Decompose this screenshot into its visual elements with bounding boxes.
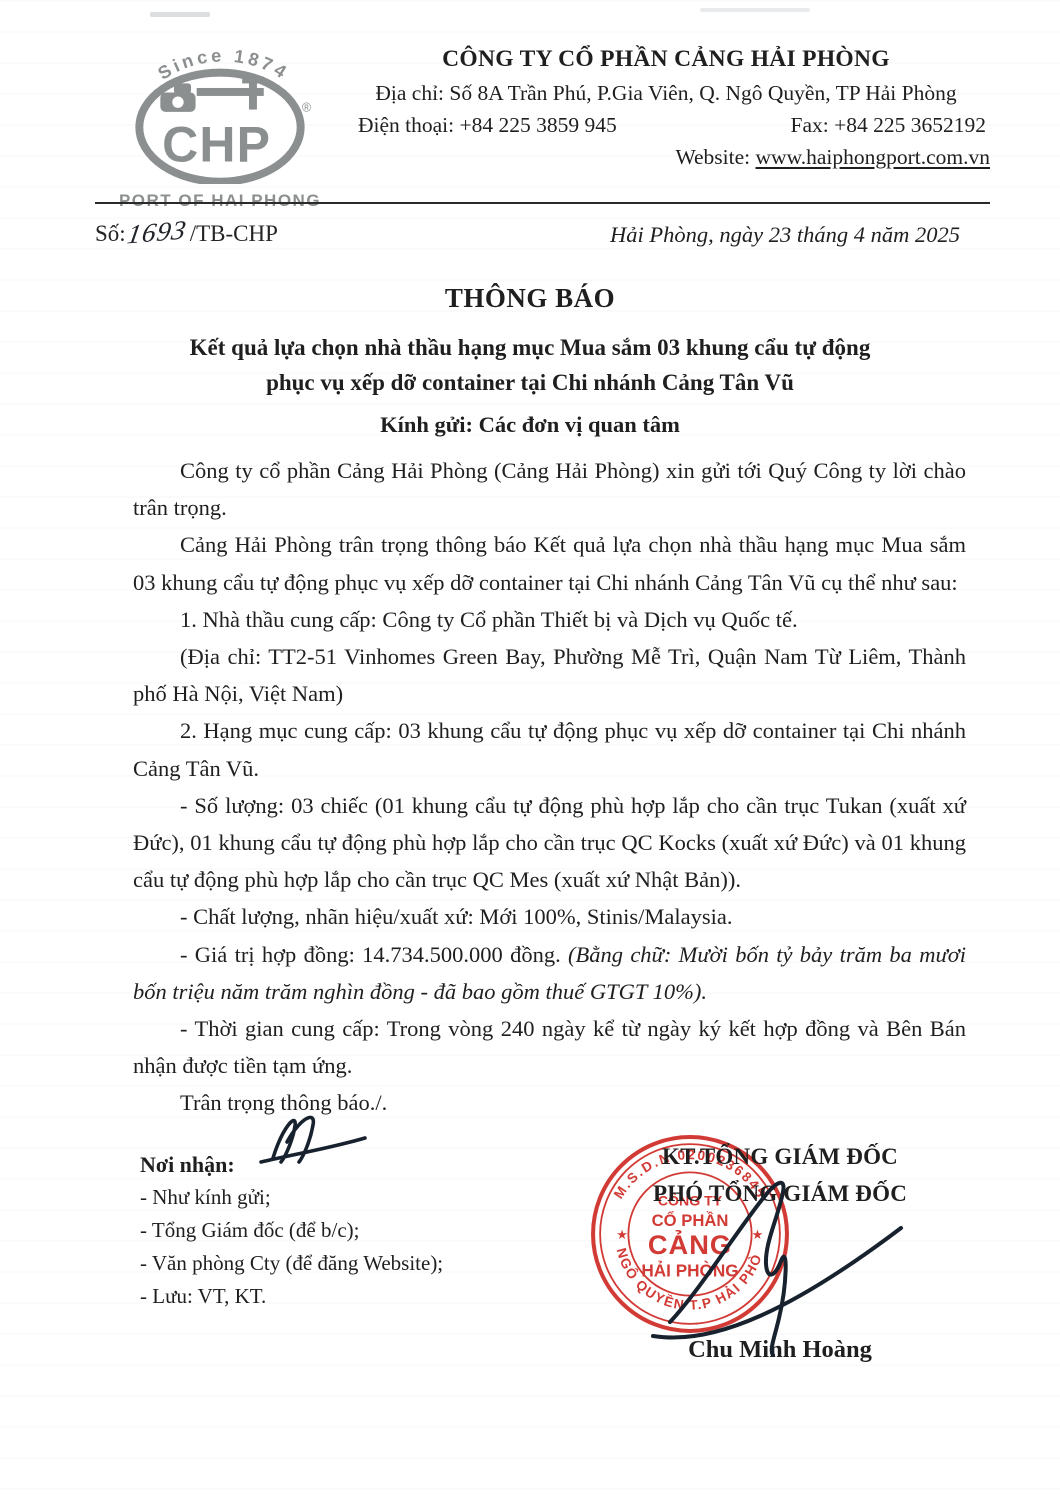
scan-artifact bbox=[700, 8, 810, 12]
website-line: Website: www.haiphongport.com.vn bbox=[340, 145, 992, 170]
doc-subtitle: Kết quả lựa chọn nhà thầu hạng mục Mua s… bbox=[0, 330, 1060, 400]
signature-scribble bbox=[615, 1150, 915, 1370]
letterhead-company-block: CÔNG TY CỔ PHẦN CẢNG HẢI PHÒNG Địa chỉ: … bbox=[340, 46, 992, 170]
website-link[interactable]: www.haiphongport.com.vn bbox=[756, 145, 990, 169]
body-paragraph: 1. Nhà thầu cung cấp: Công ty Cổ phần Th… bbox=[133, 601, 966, 638]
contract-value-normal: - Giá trị hợp đồng: 14.734.500.000 đồng. bbox=[180, 942, 568, 967]
recipient-item: - Văn phòng Cty (để đăng Website); bbox=[140, 1247, 443, 1280]
doc-subtitle-line2: phục vụ xếp dỡ container tại Chi nhánh C… bbox=[0, 365, 1060, 400]
contract-value-paragraph: - Giá trị hợp đồng: 14.734.500.000 đồng.… bbox=[133, 936, 966, 1010]
signature-initials bbox=[253, 1108, 373, 1170]
letterhead-logo-block: Since 1874 CHP ® PORT OF HAI PHONG Số:16… bbox=[95, 34, 345, 248]
recipients-block: Nơi nhận: - Như kính gửi; - Tổng Giám đố… bbox=[140, 1148, 443, 1313]
body-paragraph: - Thời gian cung cấp: Trong vòng 240 ngà… bbox=[133, 1010, 966, 1084]
company-fax: Fax: +84 225 3652192 bbox=[791, 113, 986, 138]
recipient-item: - Như kính gửi; bbox=[140, 1181, 443, 1214]
doc-subtitle-line1: Kết quả lựa chọn nhà thầu hạng mục Mua s… bbox=[0, 330, 1060, 365]
company-address: Địa chỉ: Số 8A Trần Phú, P.Gia Viên, Q. … bbox=[340, 81, 992, 106]
recipient-item: - Tổng Giám đốc (để b/c); bbox=[140, 1214, 443, 1247]
dateline: Hải Phòng, ngày 23 tháng 4 năm 2025 bbox=[0, 222, 960, 248]
body-paragraph: 2. Hạng mục cung cấp: 03 khung cẩu tự độ… bbox=[133, 712, 966, 786]
body-paragraph: - Số lượng: 03 chiếc (01 khung cẩu tự độ… bbox=[133, 787, 966, 899]
body-text: Công ty cổ phần Cảng Hải Phòng (Cảng Hải… bbox=[133, 452, 966, 1122]
body-paragraph: Cảng Hải Phòng trân trọng thông báo Kết … bbox=[133, 526, 966, 600]
logo-caption: PORT OF HAI PHONG bbox=[95, 191, 345, 211]
letterhead-divider bbox=[95, 202, 990, 204]
body-paragraph: - Chất lượng, nhãn hiệu/xuất xứ: Mới 100… bbox=[133, 898, 966, 935]
phone-fax-line: Điện thoại: +84 225 3859 945 Fax: +84 22… bbox=[340, 113, 992, 138]
logo-monogram: CHP bbox=[162, 116, 271, 172]
body-paragraph: Công ty cổ phần Cảng Hải Phòng (Cảng Hải… bbox=[133, 452, 966, 526]
body-paragraph: (Địa chỉ: TT2-51 Vinhomes Green Bay, Phư… bbox=[133, 638, 966, 712]
chp-logo-icon: Since 1874 CHP ® bbox=[105, 34, 335, 184]
page-title: THÔNG BÁO bbox=[0, 283, 1060, 314]
salutation: Kính gửi: Các đơn vị quan tâm bbox=[0, 412, 1060, 438]
registered-mark-icon: ® bbox=[302, 100, 312, 114]
website-label: Website: bbox=[675, 145, 750, 169]
document-page: Since 1874 CHP ® PORT OF HAI PHONG Số:16… bbox=[0, 0, 1060, 1500]
company-name: CÔNG TY CỔ PHẦN CẢNG HẢI PHÒNG bbox=[340, 46, 992, 73]
company-phone: Điện thoại: +84 225 3859 945 bbox=[358, 113, 617, 138]
recipient-item: - Lưu: VT, KT. bbox=[140, 1280, 443, 1313]
scan-artifact bbox=[150, 12, 210, 17]
